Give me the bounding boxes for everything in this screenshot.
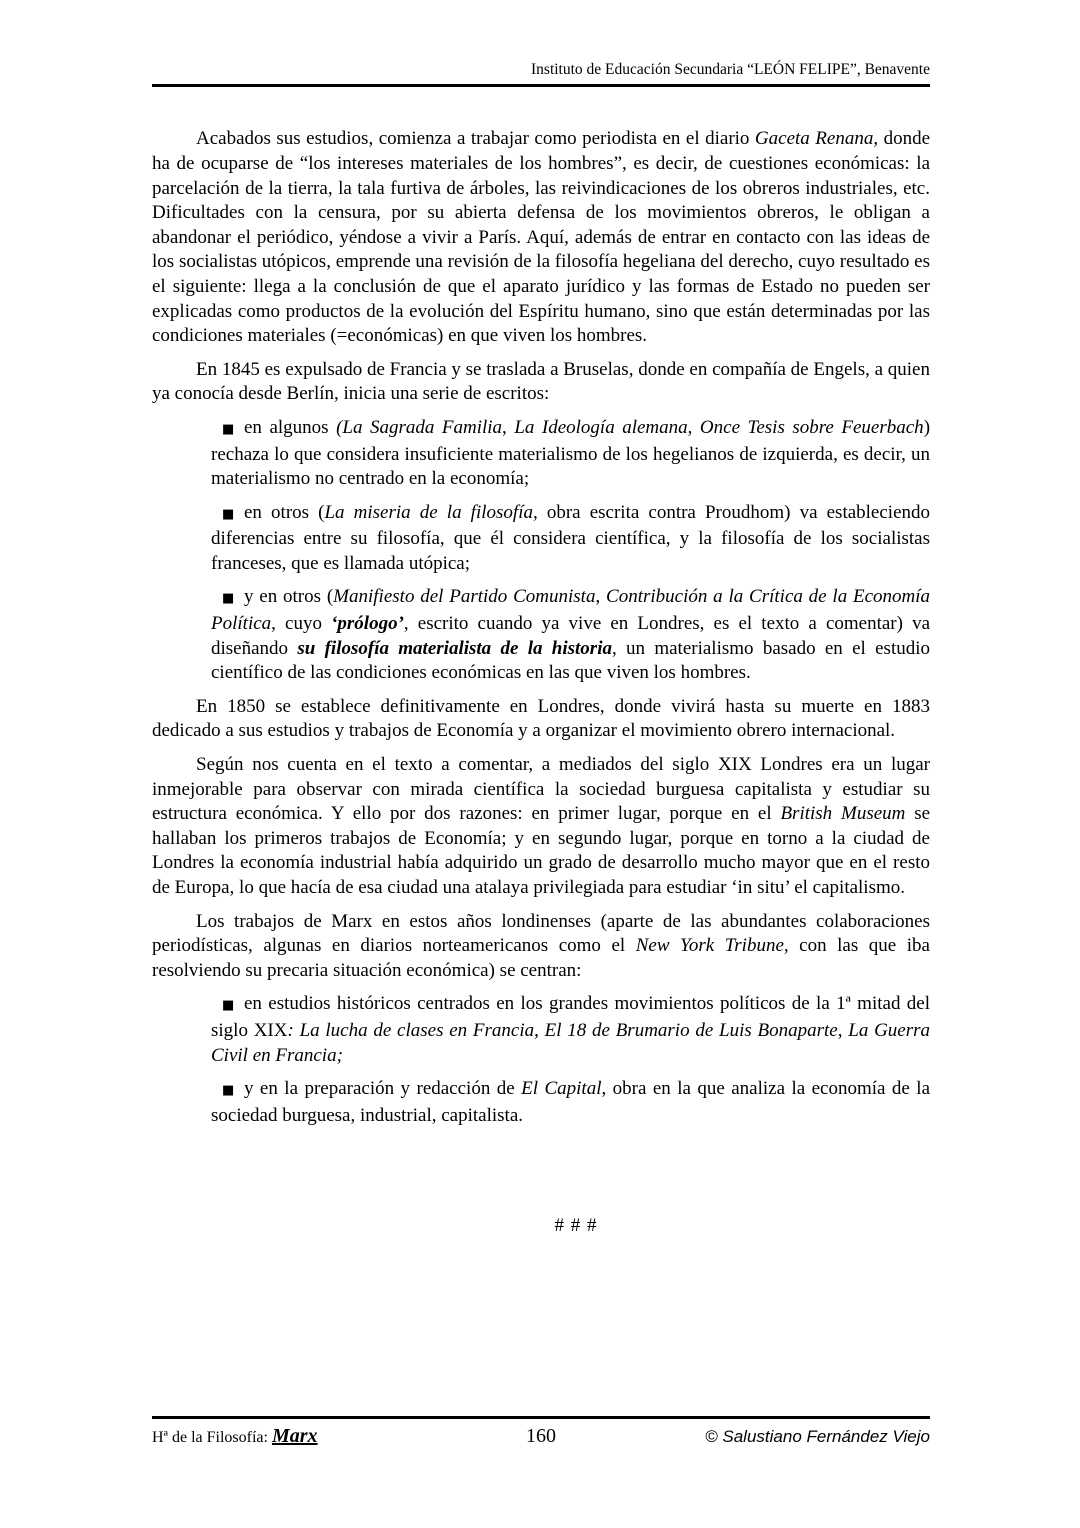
text-run: y en la preparación y redacción de xyxy=(244,1078,521,1099)
footer-course: Hª de la Filosofía: Marx xyxy=(152,1425,526,1448)
text-run: Acabados sus estudios, comienza a trabaj… xyxy=(196,128,755,149)
document-page: Instituto de Educación Secundaria “LEÓN … xyxy=(0,0,1080,1528)
paragraph-siglo-xix-londres: Según nos cuenta en el texto a comentar,… xyxy=(152,753,930,901)
footer-page-number: 160 xyxy=(526,1425,556,1448)
bullet-text: en algunos (La Sagrada Familia, La Ideol… xyxy=(211,417,930,489)
bullet-text: en otros (La miseria de la filosofía, ob… xyxy=(211,502,930,574)
bullet-item-el-capital: ■y en la preparación y redacción de El C… xyxy=(211,1077,930,1128)
text-run: en otros ( xyxy=(244,502,324,523)
page-header: Instituto de Educación Secundaria “LEÓN … xyxy=(152,60,930,87)
text-run: en algunos xyxy=(244,417,336,438)
bullet-square-icon: ■ xyxy=(211,418,244,443)
text-run: El 18 de Brumario de Luis Bonaparte xyxy=(545,1020,838,1041)
footer-copyright: © Salustiano Fernández Viejo xyxy=(556,1427,930,1447)
text-run: (La Sagrada Familia xyxy=(336,417,502,438)
bullet-text: en estudios históricos centrados en los … xyxy=(211,993,930,1065)
page-footer: Hª de la Filosofía: Marx 160 © Salustian… xyxy=(152,1416,930,1448)
text-run: , donde ha de ocuparse de “los intereses… xyxy=(152,128,930,346)
paragraph-1845-bruselas: En 1845 es expulsado de Francia y se tra… xyxy=(152,358,930,407)
header-institution: Instituto de Educación Secundaria “LEÓN … xyxy=(152,60,930,79)
bullet-square-icon: ■ xyxy=(211,994,244,1019)
text-run: En 1850 se establece definitivamente en … xyxy=(152,696,930,742)
bullet-square-icon: ■ xyxy=(211,1079,244,1104)
text-run: su filosofía materialista de la historia xyxy=(297,638,612,659)
text-run: , xyxy=(688,417,700,438)
text-run: La Ideología alemana xyxy=(514,417,687,438)
text-run: Gaceta Renana xyxy=(755,128,873,149)
text-run: , cuyo xyxy=(271,613,331,634)
text-run: El Capital xyxy=(521,1078,601,1099)
bullet-item-miseria-filosofia: ■en otros (La miseria de la filosofía, o… xyxy=(211,501,930,577)
text-run: British Museum xyxy=(780,803,905,824)
text-run: , xyxy=(838,1020,849,1041)
footer-course-label: Hª de la Filosofía: xyxy=(152,1429,272,1446)
text-run: , xyxy=(534,1020,545,1041)
bullet-text: y en otros (Manifiesto del Partido Comun… xyxy=(211,586,930,683)
bullet-square-icon: ■ xyxy=(211,587,244,612)
text-run: Once Tesis sobre Feuerbach xyxy=(700,417,924,438)
text-run: , xyxy=(595,586,606,607)
text-run: La miseria de la filosofía xyxy=(324,502,533,523)
text-run: y en otros ( xyxy=(244,586,333,607)
paragraph-1850-londres: En 1850 se establece definitivamente en … xyxy=(152,695,930,744)
document-body: Acabados sus estudios, comienza a trabaj… xyxy=(152,127,930,1239)
text-run: En 1845 es expulsado de Francia y se tra… xyxy=(152,359,930,405)
text-run: New York Tribune xyxy=(636,935,784,956)
text-run: Manifiesto del Partido Comunista xyxy=(333,586,595,607)
bullet-text: y en la preparación y redacción de El Ca… xyxy=(211,1078,930,1126)
text-run: , xyxy=(502,417,514,438)
bullet-item-manifiesto: ■y en otros (Manifiesto del Partido Comu… xyxy=(211,585,930,685)
paragraph-trabajos-londinenses: Los trabajos de Marx en estos años londi… xyxy=(152,910,930,984)
bullet-item-estudios-historicos: ■en estudios históricos centrados en los… xyxy=(211,992,930,1068)
paragraph-gaceta-renana: Acabados sus estudios, comienza a trabaj… xyxy=(152,127,930,348)
footer-course-topic: Marx xyxy=(272,1425,318,1447)
bullet-square-icon: ■ xyxy=(211,503,244,528)
bullet-item-sagrada-familia: ■en algunos (La Sagrada Familia, La Ideo… xyxy=(211,416,930,492)
header-rule xyxy=(152,84,930,87)
footer-rule xyxy=(152,1416,930,1419)
section-separator: # # # xyxy=(152,1214,930,1239)
text-run: : La lucha de clases en Francia xyxy=(287,1020,534,1041)
text-run: ‘prólogo’ xyxy=(331,613,404,634)
footer-row: Hª de la Filosofía: Marx 160 © Salustian… xyxy=(152,1425,930,1448)
page-frame: Instituto de Educación Secundaria “LEÓN … xyxy=(152,60,930,1239)
